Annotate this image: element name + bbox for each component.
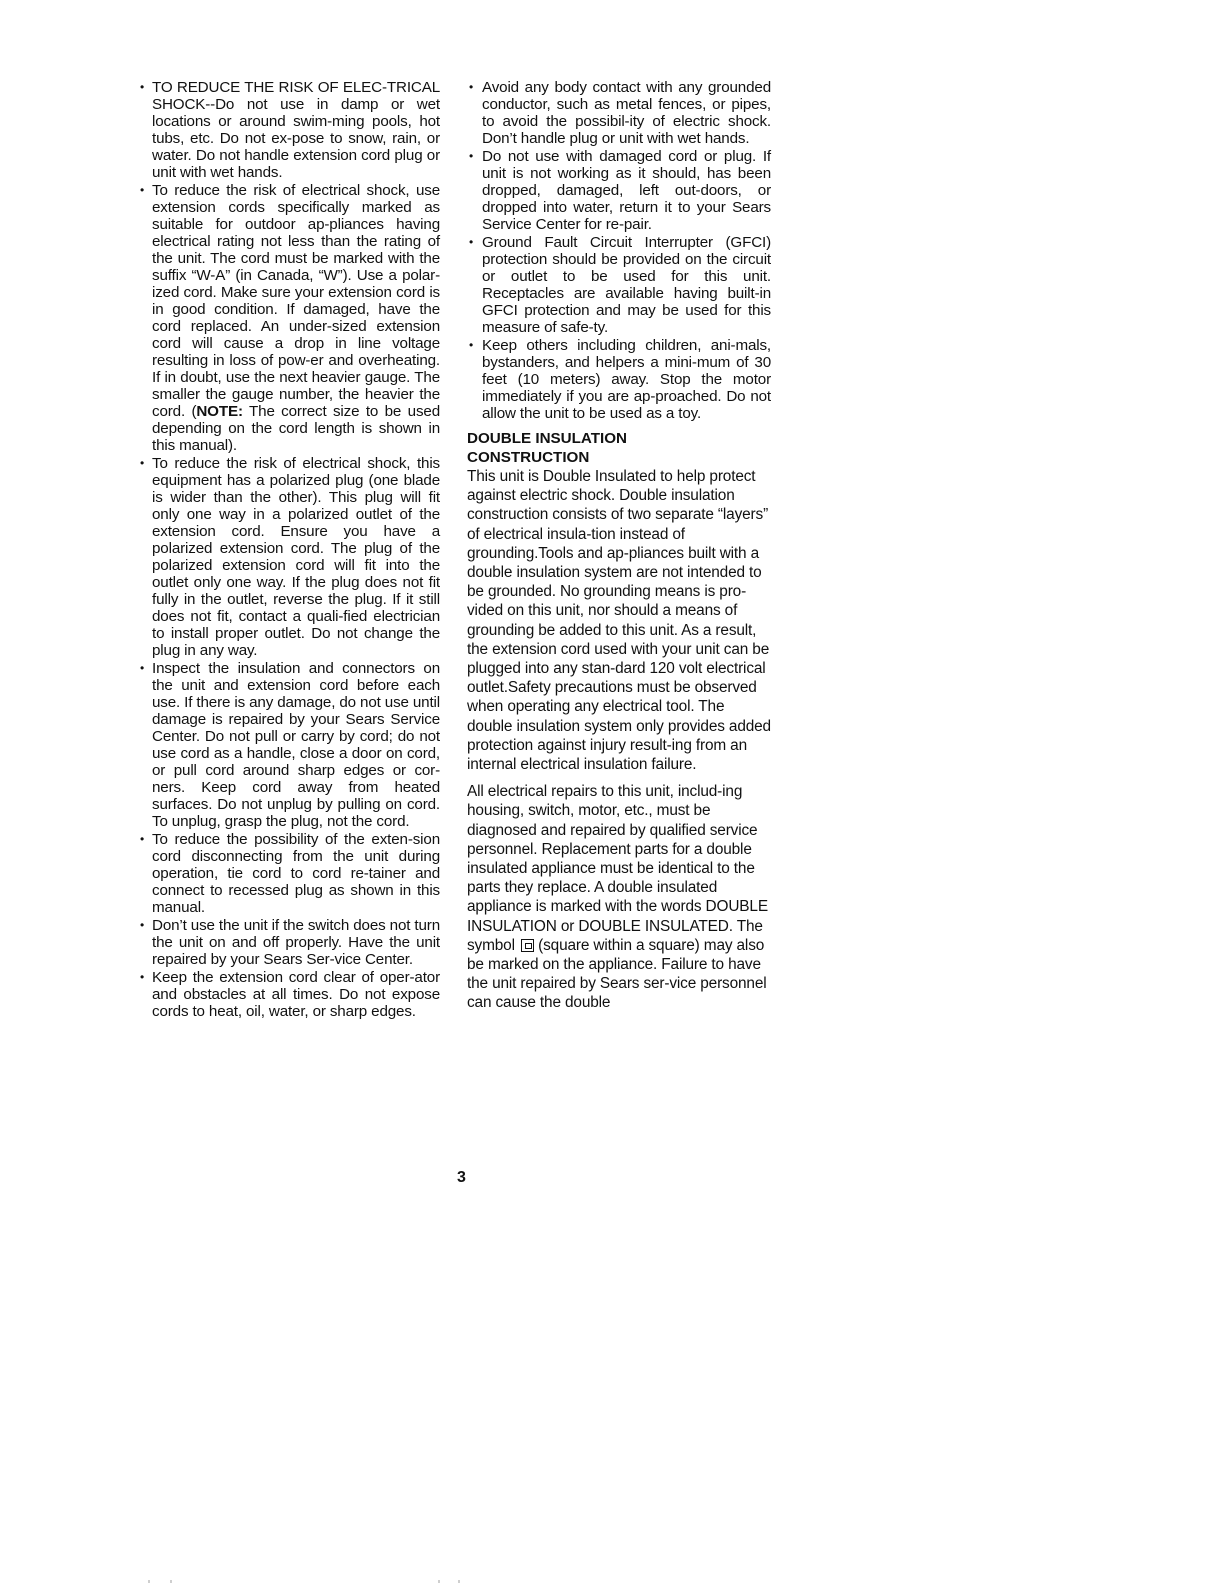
list-item: • Do not use with damaged cord or plug. … (467, 148, 771, 233)
list-item: • TO REDUCE THE RISK OF ELEC-TRICAL SHOC… (140, 79, 440, 181)
list-item: • Keep the extension cord clear of oper-… (140, 969, 440, 1020)
left-safety-list: • TO REDUCE THE RISK OF ELEC-TRICAL SHOC… (140, 79, 440, 1020)
list-item: • Avoid any body contact with any ground… (467, 79, 771, 147)
list-item: • To reduce the risk of electrical shock… (140, 182, 440, 454)
list-item-text: Don’t use the unit if the switch does no… (152, 917, 440, 968)
double-insulation-paragraph: This unit is Double Insulated to help pr… (467, 467, 771, 774)
list-item-text: To reduce the risk of electrical shock, … (152, 455, 440, 659)
bullet-icon: • (469, 148, 473, 165)
list-item-text: Keep the extension cord clear of oper-at… (152, 969, 440, 1020)
list-item: • To reduce the possibility of the exten… (140, 831, 440, 916)
list-item: • Ground Fault Circuit Interrupter (GFCI… (467, 234, 771, 336)
scan-artifact (458, 1580, 460, 1583)
list-item: • Inspect the insulation and connectors … (140, 660, 440, 830)
scan-artifact (170, 1580, 172, 1583)
scan-artifact (148, 1580, 150, 1583)
list-item-text: TO REDUCE THE RISK OF ELEC-TRICAL SHOCK-… (152, 79, 440, 181)
page-number: 3 (457, 1169, 466, 1187)
list-item-text: Avoid any body contact with any grounded… (482, 79, 771, 147)
left-column: • TO REDUCE THE RISK OF ELEC-TRICAL SHOC… (140, 79, 440, 1021)
list-item: • Keep others including children, ani-ma… (467, 337, 771, 422)
repairs-paragraph: All electrical repairs to this unit, inc… (467, 782, 771, 1012)
bullet-icon: • (140, 79, 144, 96)
bullet-icon: • (140, 917, 144, 934)
bullet-icon: • (140, 831, 144, 848)
list-item-text: To reduce the risk of electrical shock, … (152, 182, 440, 420)
repairs-text-before-symbol: All electrical repairs to this unit, inc… (467, 783, 768, 954)
bullet-icon: • (469, 79, 473, 96)
manual-page: • TO REDUCE THE RISK OF ELEC-TRICAL SHOC… (0, 0, 1220, 1584)
list-item-text: To reduce the possibility of the exten-s… (152, 831, 440, 916)
list-item-text: Do not use with damaged cord or plug. If… (482, 148, 771, 233)
bullet-icon: • (469, 234, 473, 251)
section-heading-double-insulation: DOUBLE INSULATION CONSTRUCTION (467, 429, 771, 467)
list-item-text: Ground Fault Circuit Interrupter (GFCI) … (482, 234, 771, 336)
list-item: • Don’t use the unit if the switch does … (140, 917, 440, 968)
bullet-icon: • (140, 455, 144, 472)
list-item-text: Inspect the insulation and connectors on… (152, 660, 440, 830)
right-column: • Avoid any body contact with any ground… (467, 79, 771, 1013)
bullet-icon: • (140, 182, 144, 199)
list-item-text: Keep others including children, ani-mals… (482, 337, 771, 422)
bullet-icon: • (140, 660, 144, 677)
right-safety-list: • Avoid any body contact with any ground… (467, 79, 771, 422)
scan-artifact (438, 1580, 440, 1583)
list-item: • To reduce the risk of electrical shock… (140, 455, 440, 659)
bullet-icon: • (140, 969, 144, 986)
double-insulation-symbol-icon (521, 939, 534, 952)
bullet-icon: • (469, 337, 473, 354)
heading-line: DOUBLE INSULATION (467, 429, 771, 448)
heading-line: CONSTRUCTION (467, 448, 771, 467)
note-label: NOTE: (196, 403, 243, 420)
